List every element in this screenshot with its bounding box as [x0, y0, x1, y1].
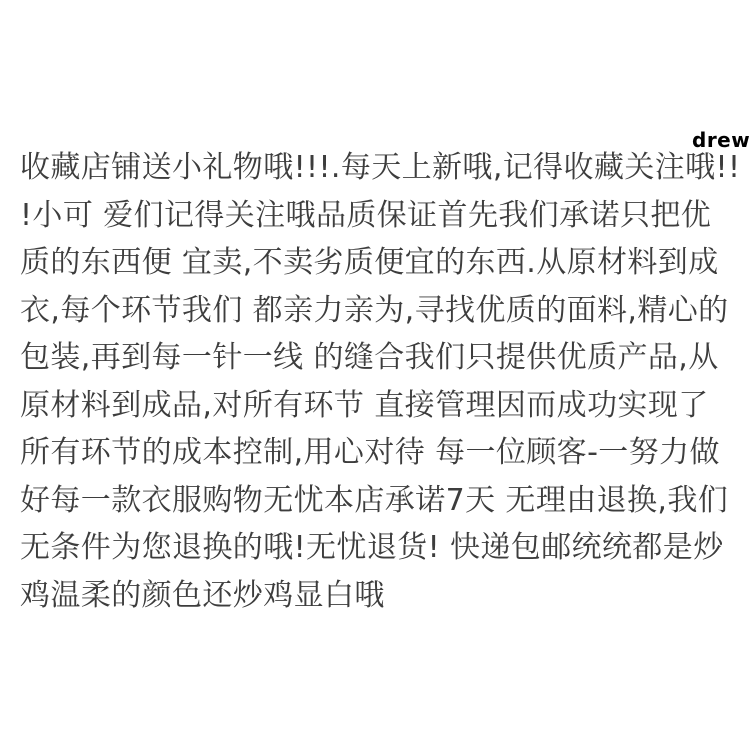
description-line: 衣,每个环节我们 都亲力亲为,寻找优质的面料,精心的 [20, 287, 734, 335]
description-line: 所有环节的成本控制,用心对待 每一位顾客-一努力做 [20, 429, 734, 477]
description-line: 鸡温柔的颜色还炒鸡显白哦 [20, 572, 734, 620]
description-line: 好每一款衣服购物无忧本店承诺7天 无理由退换,我们 [20, 477, 734, 525]
store-description: 收藏店铺送小礼物哦!!!.每天上新哦,记得收藏关注哦!! !小可 爱们记得关注哦… [20, 144, 734, 619]
description-line: 原材料到成品,对所有环节 直接管理因而成功实现了 [20, 382, 734, 430]
promo-image: drewo 收藏店铺送小礼物哦!!!.每天上新哦,记得收藏关注哦!! !小可 爱… [0, 0, 750, 750]
description-line: 无条件为您退换的哦!无忧退货! 快递包邮统统都是炒 [20, 524, 734, 572]
description-line: !小可 爱们记得关注哦品质保证首先我们承诺只把优 [20, 192, 734, 240]
description-line: 质的东西便 宜卖,不卖劣质便宜的东西.从原材料到成 [20, 239, 734, 287]
description-line: 包装,再到每一针一线 的缝合我们只提供优质产品,从 [20, 334, 734, 382]
description-line: 收藏店铺送小礼物哦!!!.每天上新哦,记得收藏关注哦!! [20, 144, 734, 192]
